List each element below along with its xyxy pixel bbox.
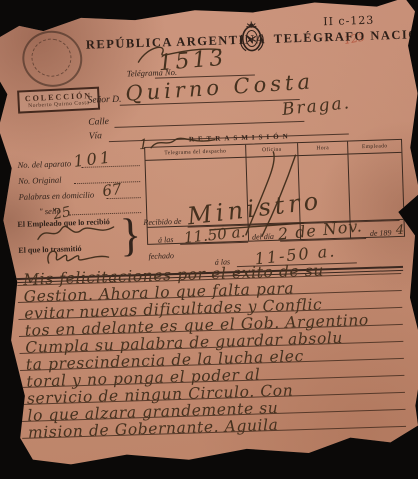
bracket-glyph: }: [119, 208, 142, 262]
recibido-label: Recibido de: [143, 217, 181, 227]
telegram-paper: II c-123 123 REPÚBLICA ARGENTINA TELÉGRA…: [0, 0, 418, 479]
anio-label: de 189: [370, 228, 392, 238]
field-aparato-handwriting: 101: [73, 149, 114, 170]
fechado-label: fechado: [148, 251, 174, 261]
senor-label: Señor D.: [87, 95, 121, 106]
via-label: Vía: [89, 131, 103, 141]
deldia-label: del día: [252, 232, 274, 242]
photographed-telegram-document: { "archive": { "ink_code": "II c-123", "…: [0, 0, 418, 479]
anio-handwriting: 4: [396, 224, 405, 237]
field-aparato-label: No. del aparato: [17, 158, 71, 170]
archive-ink-code: II c-123: [323, 15, 374, 28]
flourish-icon: [134, 41, 225, 71]
field-original-label: No. Original: [18, 175, 62, 186]
coat-of-arms-icon: [237, 20, 266, 58]
message-text: mision de Gobernante. Aguila: [28, 417, 279, 440]
field-palabras-handwriting: 67: [102, 182, 123, 199]
masthead-telegrafo: TELÉGRAFO NACIONAL: [274, 26, 418, 47]
calle-handwriting: Braga.: [281, 95, 352, 119]
field-palabras-label: Palabras en domicilio: [18, 190, 94, 202]
calle-line: [114, 121, 304, 128]
calle-label: Calle: [88, 117, 109, 128]
alas-label: á las: [158, 235, 174, 244]
circular-stamp-icon: [19, 27, 86, 91]
